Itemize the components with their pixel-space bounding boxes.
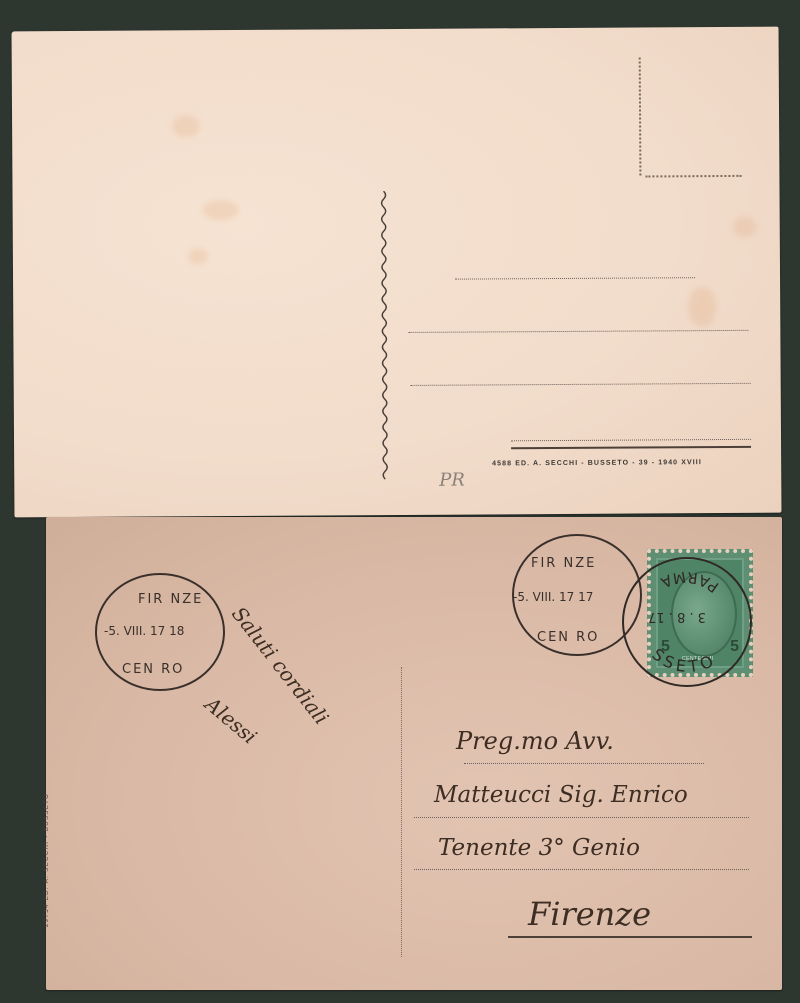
foxing-stain bbox=[188, 248, 208, 264]
address-line bbox=[455, 277, 695, 279]
foxing-stain bbox=[688, 287, 716, 327]
postcard-top: 4588 ED. A. SECCHI - BUSSETO - 39 - 1940… bbox=[12, 27, 782, 518]
postmark-office: CEN RO bbox=[537, 630, 599, 645]
address-line bbox=[414, 817, 749, 818]
foxing-stain bbox=[733, 217, 757, 237]
address-line bbox=[414, 869, 749, 870]
publisher-imprint: 4588 ED. A. SECCHI - BUSSETO - 39 - 1940… bbox=[492, 459, 702, 467]
address-line-4: Firenze bbox=[528, 895, 651, 933]
address-line bbox=[408, 330, 748, 333]
address-underline bbox=[511, 446, 751, 449]
address-line-1: Preg.mo Avv. bbox=[456, 727, 614, 755]
address-line bbox=[511, 439, 751, 441]
address-line bbox=[464, 763, 704, 764]
handwritten-signature: Alessi bbox=[201, 692, 262, 749]
svg-text:PARMA: PARMA bbox=[655, 568, 722, 597]
address-underline bbox=[508, 936, 752, 938]
postmark-date: -5. VIII. 17 18 bbox=[104, 624, 184, 638]
postmark-city: FIR NZE bbox=[531, 556, 596, 571]
wavy-divider-line bbox=[377, 191, 393, 481]
postmark-date: -5. VIII. 17 17 bbox=[513, 590, 593, 604]
pencil-annotation: PR bbox=[439, 470, 465, 491]
foxing-stain bbox=[172, 115, 200, 137]
foxing-stain bbox=[203, 200, 239, 220]
postmark-city: FIR NZE bbox=[138, 592, 203, 607]
postmark-origin-bottom: SSETO bbox=[648, 645, 719, 677]
publisher-imprint-vertical: 29734 ED. A. SECCHI - BUSSETO bbox=[44, 793, 50, 927]
address-line-3: Tenente 3° Genio bbox=[438, 835, 640, 861]
postmark-firenze-left: FIR NZE -5. VIII. 17 18 CEN RO bbox=[90, 567, 230, 697]
address-line bbox=[411, 383, 751, 386]
address-line-2: Matteucci Sig. Enrico bbox=[434, 782, 688, 808]
postmark-origin-top: PARMA bbox=[655, 568, 722, 597]
postcard-bottom: 29734 ED. A. SECCHI - BUSSETO FIR NZE -5… bbox=[46, 517, 782, 990]
postmark-origin-date: 3 . 8 . 17 bbox=[648, 609, 706, 624]
svg-text:SSETO: SSETO bbox=[648, 645, 719, 677]
center-divider-line bbox=[401, 667, 402, 957]
postmark-busseto: PARMA SSETO 3 . 8 . 17 bbox=[612, 547, 762, 697]
stamp-box-border bbox=[639, 58, 642, 176]
postmark-office: CEN RO bbox=[122, 662, 184, 677]
stamp-box-border bbox=[645, 175, 741, 178]
handwritten-greeting: Saluti cordiali bbox=[227, 602, 334, 729]
